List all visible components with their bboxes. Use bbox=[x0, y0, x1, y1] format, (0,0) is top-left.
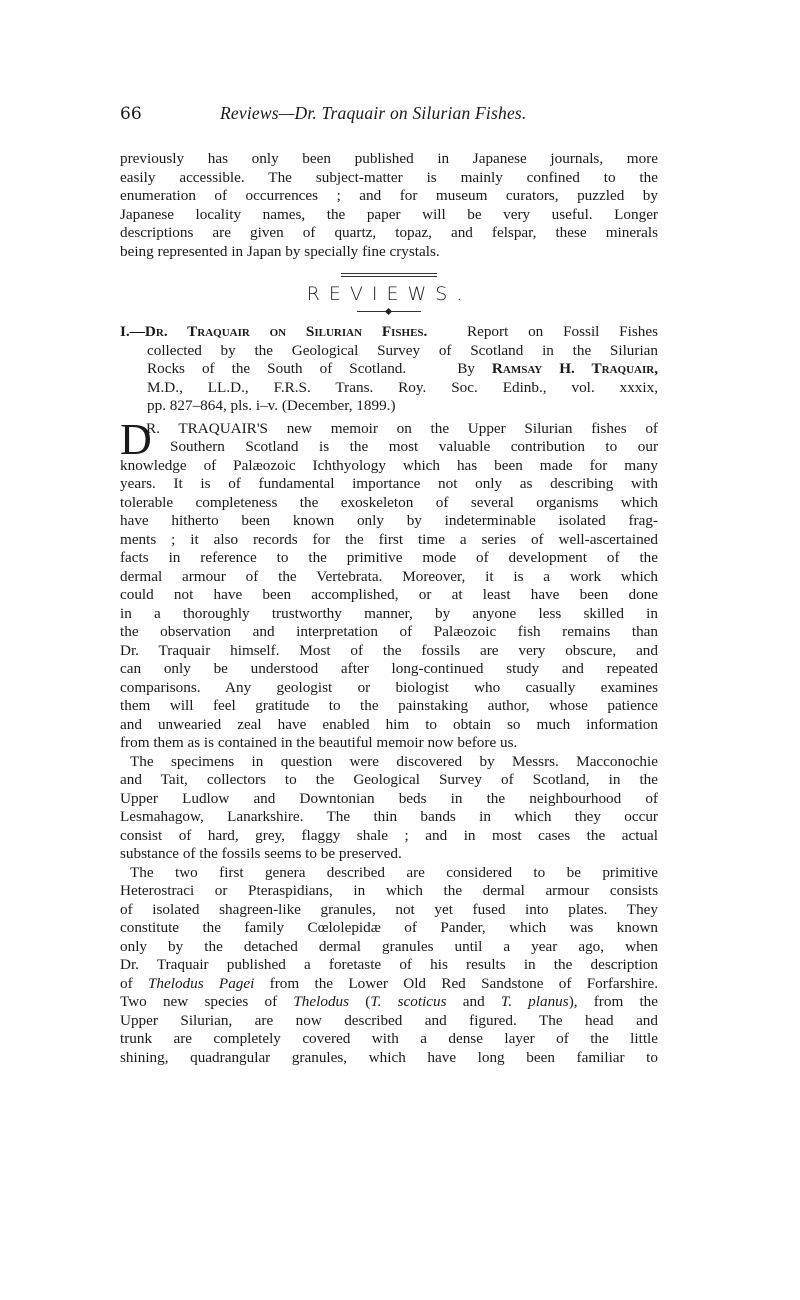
intro-paragraph: previously has only been published in Ja… bbox=[120, 150, 658, 261]
text-line: dermal armour of the Vertebrata. Moreove… bbox=[120, 568, 658, 587]
citation-line: M.D., LL.D., F.R.S. Trans. Roy. Soc. Edi… bbox=[120, 379, 658, 398]
text-line: of isolated shagreen-like granules, not … bbox=[120, 901, 658, 920]
species-name: Thelodus Pagei bbox=[148, 975, 254, 992]
text-line: consist of hard, grey, flaggy shale ; an… bbox=[120, 827, 658, 846]
text-line: Two new species of Thelodus (T. scoticus… bbox=[120, 993, 658, 1012]
text-line: Heterostraci or Pteraspidians, in which … bbox=[120, 882, 658, 901]
text-segment: of bbox=[120, 975, 148, 992]
drop-cap: D bbox=[120, 420, 152, 460]
text-line: and unwearied zeal have enabled him to o… bbox=[120, 716, 658, 735]
text-line: the observation and interpretation of Pa… bbox=[120, 623, 658, 642]
text-line: previously has only been published in Ja… bbox=[120, 150, 658, 169]
citation-text: Rocks of the South of Scotland. bbox=[147, 360, 406, 377]
review-title: Dr. Traquair on Silurian Fishes. bbox=[145, 323, 427, 340]
text-line: comparisons. Any geologist or biologist … bbox=[120, 679, 658, 698]
text-line: only by the detached dermal granules unt… bbox=[120, 938, 658, 957]
text-line: substance of the fossils seems to be pre… bbox=[120, 845, 658, 864]
species-name: T. planus bbox=[501, 993, 569, 1010]
text-line: have hitherto been known only by indeter… bbox=[120, 512, 658, 531]
running-title: Reviews—Dr. Traquair on Silurian Fishes. bbox=[220, 103, 527, 124]
text-line: Dr. Traquair himself. Most of the fossil… bbox=[120, 642, 658, 661]
citation-line: Rocks of the South of Scotland. By Ramsa… bbox=[120, 360, 658, 379]
text-line: could not have been accomplished, or at … bbox=[120, 586, 658, 605]
text-line: Japanese locality names, the paper will … bbox=[120, 206, 658, 225]
text-line: tolerable completeness the exoskeleton o… bbox=[120, 494, 658, 513]
page-header: 66 Reviews—Dr. Traquair on Silurian Fish… bbox=[120, 100, 658, 132]
document-page: 66 Reviews—Dr. Traquair on Silurian Fish… bbox=[120, 100, 658, 1067]
citation-line: pp. 827–864, pls. i–v. (December, 1899.) bbox=[120, 397, 658, 416]
text-line: facts in reference to the primitive mode… bbox=[120, 549, 658, 568]
review-body: D R. TRAQUAIR'S new memoir on the Upper … bbox=[120, 420, 658, 1068]
text-line: being represented in Japan by specially … bbox=[120, 243, 658, 262]
text-line: easily accessible. The subject-matter is… bbox=[120, 169, 658, 188]
text-segment: ( bbox=[349, 993, 370, 1010]
double-rule-divider bbox=[341, 273, 437, 277]
text-line: enumeration of occurrences ; and for mus… bbox=[120, 187, 658, 206]
text-line: trunk are completely covered with a dens… bbox=[120, 1030, 658, 1049]
review-number: I.— bbox=[120, 323, 145, 340]
text-line: Upper Ludlow and Downtonian beds in the … bbox=[120, 790, 658, 809]
text-line: them will feel gratitude to the painstak… bbox=[120, 697, 658, 716]
text-line: ments ; it also records for the first ti… bbox=[120, 531, 658, 550]
text-line: shining, quadrangular granules, which ha… bbox=[120, 1049, 658, 1068]
citation-text: Report on Fossil Fishes bbox=[467, 323, 658, 340]
text-line: Lesmahagow, Lanarkshire. The thin bands … bbox=[120, 808, 658, 827]
page-number: 66 bbox=[120, 104, 142, 124]
text-line: Southern Scotland is the most valuable c… bbox=[120, 438, 658, 457]
text-line: The two first genera described are consi… bbox=[120, 864, 658, 883]
text-line: Dr. Traquair published a foretaste of hi… bbox=[120, 956, 658, 975]
text-line: The specimens in question were discovere… bbox=[120, 753, 658, 772]
text-segment: and bbox=[447, 993, 501, 1010]
genus-name: Thelodus bbox=[293, 993, 349, 1010]
text-line: constitute the family Cœlolepidæ of Pand… bbox=[120, 919, 658, 938]
section-title: REVIEWS. bbox=[120, 283, 658, 305]
author-name: Ramsay H. Traquair, bbox=[492, 360, 658, 377]
text-line: and Tait, collectors to the Geological S… bbox=[120, 771, 658, 790]
species-name: T. scoticus bbox=[370, 993, 446, 1010]
by-label: By bbox=[457, 360, 475, 377]
text-line: R. TRAQUAIR'S new memoir on the Upper Si… bbox=[120, 420, 658, 439]
citation-line: I.—Dr. Traquair on Silurian Fishes. Repo… bbox=[120, 323, 658, 342]
text-line: of Thelodus Pagei from the Lower Old Red… bbox=[120, 975, 658, 994]
review-citation: I.—Dr. Traquair on Silurian Fishes. Repo… bbox=[120, 323, 658, 416]
text-line: knowledge of Palæozoic Ichthyology which… bbox=[120, 457, 658, 476]
text-line: Upper Silurian, are now described and fi… bbox=[120, 1012, 658, 1031]
text-segment: ), from the bbox=[569, 993, 658, 1010]
diamond-ornament-icon bbox=[357, 309, 421, 315]
text-line: in a thoroughly trustworthy manner, by a… bbox=[120, 605, 658, 624]
text-segment: Two new species of bbox=[120, 993, 293, 1010]
citation-line: collected by the Geological Survey of Sc… bbox=[120, 342, 658, 361]
text-line: from them as is contained in the beautif… bbox=[120, 734, 658, 753]
text-segment: from the Lower Old Red Sandstone of Forf… bbox=[254, 975, 658, 992]
text-line: can only be understood after long-contin… bbox=[120, 660, 658, 679]
text-line: descriptions are given of quartz, topaz,… bbox=[120, 224, 658, 243]
text-line: years. It is of fundamental importance n… bbox=[120, 475, 658, 494]
